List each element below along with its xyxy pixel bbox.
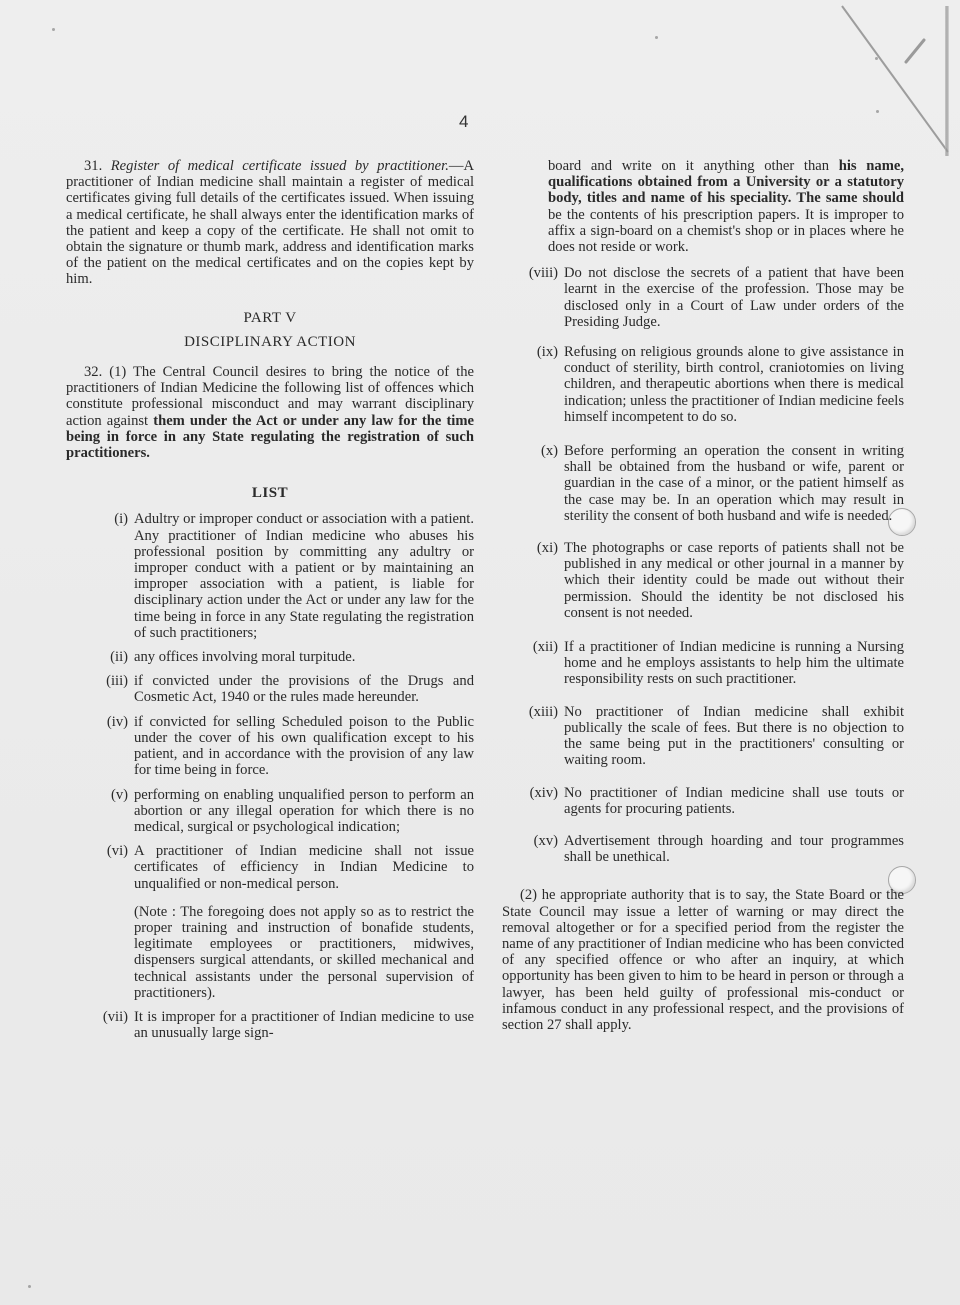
item-text: Adultry or improper conduct or associati… xyxy=(134,511,474,641)
note-paragraph: (Note : The foregoing does not apply so … xyxy=(66,904,474,1001)
item-text: It is improper for a practitioner of Ind… xyxy=(134,1009,474,1041)
list-item: (i)Adultry or improper conduct or associ… xyxy=(66,511,474,641)
list-item: (xiii)No practitioner of Indian medicine… xyxy=(502,704,904,769)
offence-list-right: (viii)Do not disclose the secrets of a p… xyxy=(502,265,904,865)
section-31-number: 31. xyxy=(84,158,102,174)
list-item: (iv)if convicted for selling Scheduled p… xyxy=(66,714,474,779)
left-column: 31. Register of medical certificate issu… xyxy=(66,158,474,1041)
subsection-2: (2) he appropriate authority that is to … xyxy=(502,887,904,1033)
list-item: (vi)A practitioner of Indian medicine sh… xyxy=(66,843,474,892)
item-text: No practitioner of Indian medicine shall… xyxy=(564,704,904,769)
item-text: Do not disclose the secrets of a patient… xyxy=(564,265,904,330)
item-text: No practitioner of Indian medicine shall… xyxy=(564,785,904,817)
right-column: board and write on it anything other tha… xyxy=(502,158,904,1033)
list-item: (xv)Advertisement through hoarding and t… xyxy=(502,833,904,865)
section-31: 31. Register of medical certificate issu… xyxy=(66,158,474,288)
item-number: (viii) xyxy=(502,265,564,330)
list-item: (iii)if convicted under the provisions o… xyxy=(66,673,474,705)
item-number: (xii) xyxy=(502,639,564,688)
item-text: Advertisement through hoarding and tour … xyxy=(564,833,904,865)
item-text: Before performing an operation the conse… xyxy=(564,443,904,524)
section-32-intro: 32. (1) The Central Council desires to b… xyxy=(66,364,474,461)
item-text: Refusing on religious grounds alone to g… xyxy=(564,344,904,425)
part-title: DISCIPLINARY ACTION xyxy=(66,334,474,350)
item-number: (i) xyxy=(66,511,134,641)
list-item: (x)Before performing an operation the co… xyxy=(502,443,904,524)
continued-text: board and write on it anything other tha… xyxy=(548,158,839,174)
list-heading: LIST xyxy=(66,485,474,501)
item-number: (vii) xyxy=(66,1009,134,1041)
item-text: any offices involving moral turpitude. xyxy=(134,649,474,665)
list-item: (vii)It is improper for a practitioner o… xyxy=(66,1009,474,1041)
item-number: (xv) xyxy=(502,833,564,865)
list-item: (viii)Do not disclose the secrets of a p… xyxy=(502,265,904,330)
page-number: 4 xyxy=(459,112,468,132)
list-item: (v)performing on enabling unqualified pe… xyxy=(66,787,474,836)
item-number: (xiv) xyxy=(502,785,564,817)
item-vii-continued: board and write on it anything other tha… xyxy=(502,158,904,255)
item-text: if convicted under the provisions of the… xyxy=(134,673,474,705)
item-number: (xi) xyxy=(502,540,564,621)
item-number: (ii) xyxy=(66,649,134,665)
list-item: (xiv)No practitioner of Indian medicine … xyxy=(502,785,904,817)
list-item: (xii)If a practitioner of Indian medicin… xyxy=(502,639,904,688)
offence-list-left: (i)Adultry or improper conduct or associ… xyxy=(66,511,474,1041)
list-item: (ix)Refusing on religious grounds alone … xyxy=(502,344,904,425)
folded-corner-mark xyxy=(840,4,952,154)
item-text: The photographs or case reports of patie… xyxy=(564,540,904,621)
item-text: If a practitioner of Indian medicine is … xyxy=(564,639,904,688)
item-text: performing on enabling unqualified perso… xyxy=(134,787,474,836)
item-number: (iv) xyxy=(66,714,134,779)
item-text: if convicted for selling Scheduled poiso… xyxy=(134,714,474,779)
item-number: (iii) xyxy=(66,673,134,705)
section-31-title: Register of medical certificate issued b… xyxy=(111,158,449,174)
item-number: (ix) xyxy=(502,344,564,425)
continued-rest-text: be the contents of his prescription pape… xyxy=(548,207,904,255)
item-number: (x) xyxy=(502,443,564,524)
page-edge-shadow xyxy=(945,6,949,156)
section-31-body: —A practitioner of Indian medicine shall… xyxy=(66,158,474,287)
list-item: (xi)The photographs or case reports of p… xyxy=(502,540,904,621)
scanned-page: 4 31. Register of medical certificate is… xyxy=(0,0,960,1305)
item-number: (xiii) xyxy=(502,704,564,769)
list-item: (ii)any offices involving moral turpitud… xyxy=(66,649,474,665)
item-number: (vi) xyxy=(66,843,134,892)
part-heading: PART V xyxy=(66,310,474,326)
item-number: (v) xyxy=(66,787,134,836)
item-text: A practitioner of Indian medicine shall … xyxy=(134,843,474,892)
